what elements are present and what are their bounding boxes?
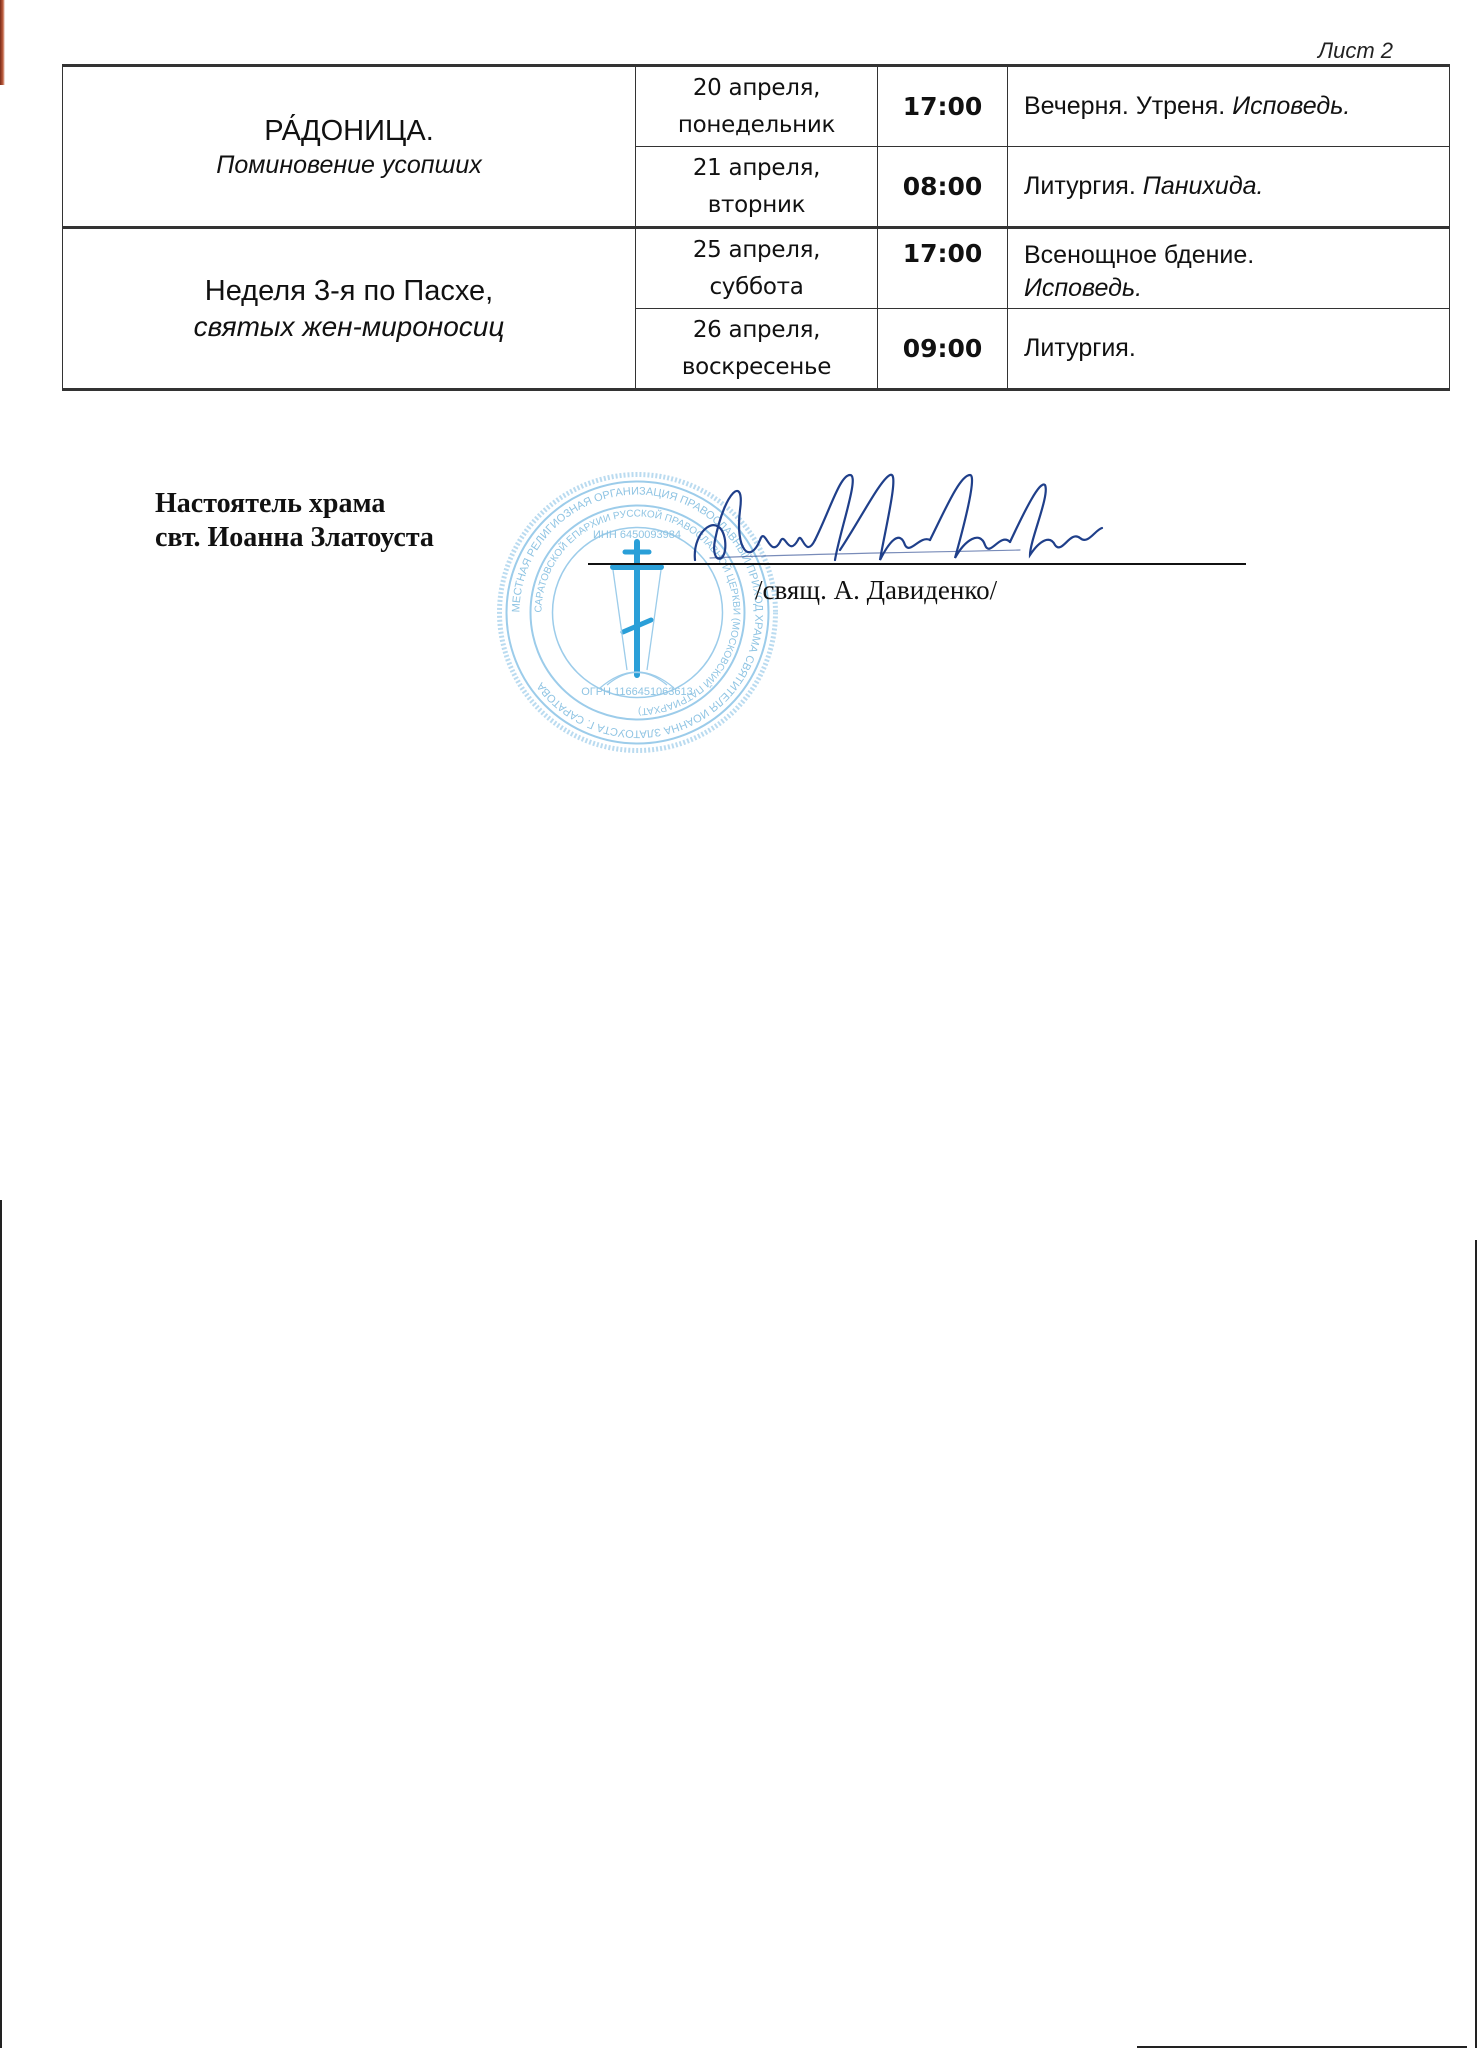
church-name: свт. Иоанна Златоуста — [155, 521, 434, 555]
time-cell: 17:00 — [878, 66, 1008, 147]
handwritten-signature — [690, 470, 1110, 580]
sheet-number: Лист 2 — [1318, 38, 1393, 64]
service-text: Всенощное бдение. — [1024, 239, 1449, 272]
date-text: 21 апреля, — [636, 150, 877, 187]
service-cell: Литургия. Панихида. — [1008, 147, 1450, 228]
feast-cell: Неделя 3-я по Пасхе, святых жен-мироноси… — [63, 228, 636, 390]
priest-name: /свящ. А. Давиденко/ — [755, 575, 997, 606]
feast-subtitle: Поминовение усопших — [63, 149, 635, 181]
time-cell: 09:00 — [878, 309, 1008, 390]
date-text: 26 апреля, — [636, 312, 877, 349]
service-text: Литургия. — [1024, 334, 1136, 362]
feast-title: Неделя 3-я по Пасхе, — [63, 273, 635, 309]
weekday-text: понедельник — [636, 107, 877, 144]
time-cell: 17:00 — [878, 228, 1008, 309]
table-row: Неделя 3-я по Пасхе, святых жен-мироноси… — [63, 228, 1450, 309]
service-cell: Вечерня. Утреня. Исповедь. — [1008, 66, 1450, 147]
date-cell: 21 апреля, вторник — [636, 147, 878, 228]
date-cell: 20 апреля, понедельник — [636, 66, 878, 147]
service-text: Вечерня. Утреня. — [1024, 92, 1225, 120]
orthodox-cross-icon — [613, 542, 661, 675]
weekday-text: вторник — [636, 187, 877, 224]
service-cell: Литургия. — [1008, 309, 1450, 390]
service-note: Панихида. — [1143, 172, 1264, 200]
date-cell: 26 апреля, воскресенье — [636, 309, 878, 390]
feast-subtitle: святых жен-мироносиц — [63, 309, 635, 345]
service-cell: Всенощное бдение. Исповедь. — [1008, 228, 1450, 309]
feast-cell: РА́ДОНИЦА. Поминовение усопших — [63, 66, 636, 228]
service-note: Исповедь. — [1232, 92, 1350, 120]
date-text: 25 апреля, — [636, 232, 877, 269]
feast-title: РА́ДОНИЦА. — [63, 113, 635, 149]
service-schedule-table: РА́ДОНИЦА. Поминовение усопших 20 апреля… — [62, 64, 1450, 391]
date-cell: 25 апреля, суббота — [636, 228, 878, 309]
date-text: 20 апреля, — [636, 70, 877, 107]
rector-position: Настоятель храма — [155, 487, 434, 521]
photo-edge — [0, 1200, 2, 2048]
rector-title: Настоятель храма свт. Иоанна Златоуста — [155, 487, 434, 555]
weekday-text: воскресенье — [636, 349, 877, 386]
time-cell: 08:00 — [878, 147, 1008, 228]
weekday-text: суббота — [636, 269, 877, 306]
seal-ogrn: ОГРН 1166451063613 — [581, 686, 693, 698]
photo-edge — [0, 0, 5, 85]
service-text: Литургия. — [1024, 172, 1136, 200]
table-row: РА́ДОНИЦА. Поминовение усопших 20 апреля… — [63, 66, 1450, 147]
service-note: Исповедь. — [1024, 272, 1449, 305]
